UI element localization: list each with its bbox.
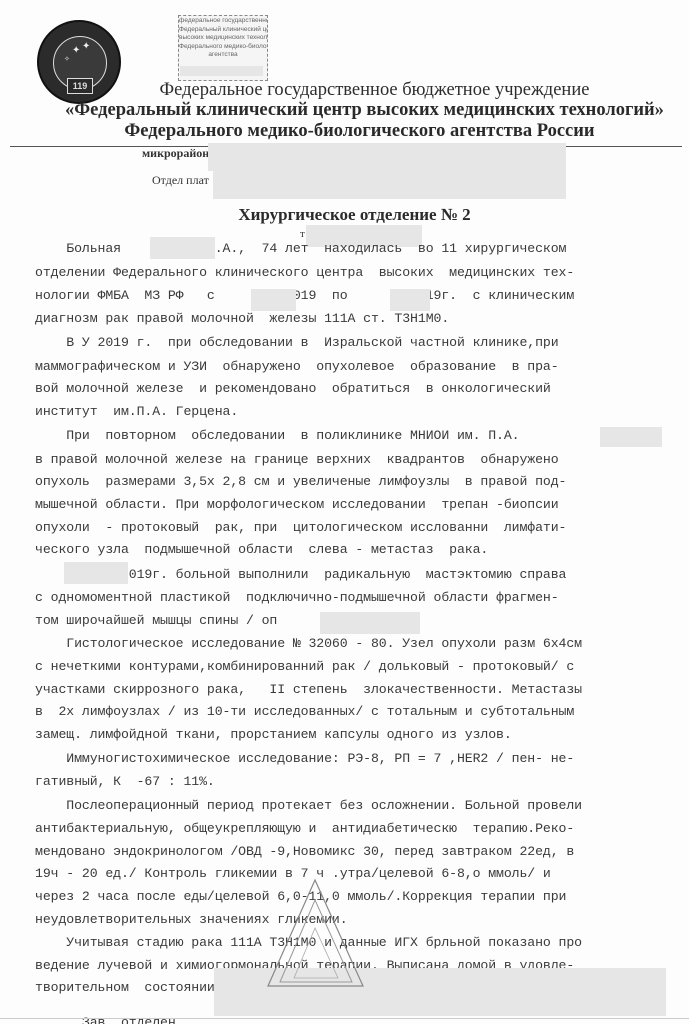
body-text-line: с одномоментной пластикой подключично-по… — [35, 590, 559, 605]
redacted-surgery-date — [64, 562, 128, 584]
department-label: Отдел плат — [152, 173, 209, 188]
stamp-line: федеральное государственное бюджетное уч… — [179, 17, 267, 26]
institution-name-line2: «Федеральный клинический центр высоких м… — [0, 100, 689, 121]
body-text-line: Послеоперационный период протекает без о… — [35, 798, 582, 813]
stamp-line: агентства — [179, 51, 267, 60]
body-text-line: с нечеткими контурами,комбинированний ра… — [35, 659, 574, 674]
body-text-line: ческого узла подмышечной области слева -… — [35, 542, 488, 557]
body-text-line: замещ. лимфойдной ткани, прорстанием кап… — [35, 727, 512, 742]
redacted-operation-number — [320, 612, 420, 634]
body-text-line: в правой молочной железе на границе верх… — [35, 452, 559, 467]
body-text-line: нологии ФМБА МЗ РФ с . 2019 по .2019г. с… — [35, 288, 574, 303]
redacted-admission-date — [251, 289, 296, 311]
body-text-line: участками скиррозного рака, II степень з… — [35, 682, 582, 697]
stamp-line: Федеральный клинический центр — [179, 26, 267, 35]
body-text-line: Зав. отделен — [35, 1015, 176, 1024]
redacted-discharge-date — [390, 289, 430, 311]
body-text-line: Иммуногистохимическое исследование: РЭ-8… — [35, 751, 574, 766]
stamp-line: высоких медицинских технологий — [179, 34, 267, 43]
redacted-address — [208, 143, 566, 171]
body-text-line: институт им.П.А. Герцена. — [35, 404, 238, 419]
body-text-line: опухоли - протоковый рак, при цитологиче… — [35, 520, 566, 535]
body-text-line: антибактериальную, общеукрепляющую и ант… — [35, 821, 574, 836]
stamp-line: Федерального медико-биологического — [179, 43, 267, 52]
body-text-line: Больная Н.А., 74 лет находилась во 11 хи… — [35, 241, 566, 256]
body-text-line: опухоль размерами 3,5х 2,8 см и увеличен… — [35, 474, 566, 489]
redacted-patient-surname — [150, 237, 215, 259]
institution-name-line1: Федеральное государственное бюджетное уч… — [0, 80, 689, 101]
body-text-line: гативный, К -67 : 11%. — [35, 774, 215, 789]
body-text-line: мышечной области. При морфологическом ис… — [35, 497, 559, 512]
body-text-line: в 2х лимфоузлах / из 10-ти исследованных… — [35, 704, 574, 719]
subtitle-prefix: т — [300, 228, 305, 240]
redacted-stamp-date — [180, 66, 263, 76]
redacted-department — [213, 171, 566, 199]
body-text-line: В У 2019 г. при обследовании в Изральско… — [35, 335, 559, 350]
document-title: Хирургическое отделение № 2 — [0, 205, 689, 225]
institution-name-line3: Федерального медико-биологического агент… — [0, 121, 689, 142]
body-text-line: вой молочной железе и рекомендовано обра… — [35, 381, 551, 396]
body-text-line: мендовано эндокринологом /ОВД -9,Новомик… — [35, 844, 574, 859]
page-bottom-edge — [0, 1018, 689, 1019]
body-text-line: При повторном обследовании в поликлинике… — [35, 428, 519, 443]
body-text-line: маммографическом и УЗИ обнаружено опухол… — [35, 359, 559, 374]
body-text-line: диагнозм рак правой молочной железы 111А… — [35, 311, 449, 326]
redacted-institute-name — [600, 427, 662, 447]
address-label: микрорайон — [142, 146, 209, 161]
body-text-line: Гистологическое исследование № 32060 - 8… — [35, 636, 582, 651]
triangle-stamp-icon — [258, 878, 373, 988]
body-text-line: отделении Федерального клинического цент… — [35, 265, 574, 280]
